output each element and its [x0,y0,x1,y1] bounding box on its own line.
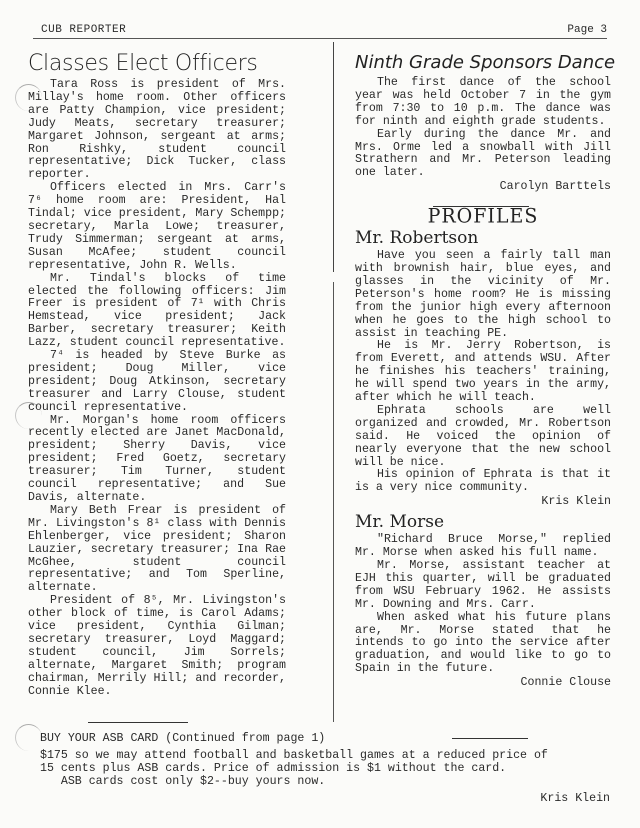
paragraph: The first dance of the school year was h… [355,77,611,129]
article-classes-elect-officers: Classes Elect Officers Tara Ross is pres… [28,51,286,699]
headline: Ninth Grade Sponsors Dance [355,51,611,75]
paragraph: Mr. Morse, assistant teacher at EJH this… [355,560,611,612]
byline: Kris Klein [355,496,611,509]
byline: Kris Klein [40,792,610,805]
page-header: CUB REPORTER Page 3 [33,24,607,39]
article-ninth-grade-dance: Ninth Grade Sponsors Dance The first dan… [355,51,611,194]
paragraph: President of 8⁵, Mr. Livingston's other … [28,595,286,698]
paragraph: Officers elected in Mrs. Carr's 7⁶ home … [28,182,286,272]
article-asb-card: BUY YOUR ASB CARD (Continued from page 1… [40,732,610,805]
text-line: ASB cards cost only $2--buy yours now. [40,775,610,788]
profile-morse: Mr. Morse "Richard Bruce Morse," replied… [355,511,611,690]
page-number: Page 3 [567,24,607,36]
paragraph: Ephrata schools are well organized and c… [355,405,611,470]
paragraph: Tara Ross is president of Mrs. Millay's … [28,79,286,182]
paragraph: When asked what his future plans are, Mr… [355,612,611,677]
paragraph: His opinion of Ephrata is that it is a v… [355,469,611,495]
paragraph: "Richard Bruce Morse," replied Mr. Morse… [355,534,611,560]
headline: Classes Elect Officers [28,51,286,77]
publication-name: CUB REPORTER [41,24,126,36]
paragraph: Have you seen a fairly tall man with bro… [355,250,611,340]
end-rule [88,722,188,723]
right-column: Ninth Grade Sponsors Dance The first dan… [355,51,611,690]
paragraph: Mary Beth Frear is president of Mr. Livi… [28,505,286,595]
byline: Connie Clouse [355,677,611,690]
column-divider [333,282,334,722]
subhead: Mr. Robertson [355,227,611,249]
paragraph: Mr. Tindal's blocks of time elected the … [28,273,286,350]
headline: BUY YOUR ASB CARD (Continued from page 1… [40,732,610,745]
punch-hole [15,724,42,751]
text-line: 15 cents plus ASB cards. Price of admiss… [40,762,610,775]
byline: Carolyn Barttels [355,181,611,194]
text-line: $175 so we may attend football and baske… [40,749,610,762]
column-divider [333,42,334,272]
paragraph: Early during the dance Mr. and Mrs. Orme… [355,129,611,181]
paragraph: 7⁴ is headed by Steve Burke as president… [28,350,286,415]
subhead: Mr. Morse [355,511,611,533]
paragraph: He is Mr. Jerry Robertson, is from Evere… [355,340,611,405]
profile-robertson: Mr. Robertson Have you seen a fairly tal… [355,227,611,509]
section-title: PROFILES [355,210,611,224]
paragraph: Mr. Morgan's home room officers recently… [28,415,286,505]
paragraph: $175 so we may attend football and baske… [40,749,610,788]
